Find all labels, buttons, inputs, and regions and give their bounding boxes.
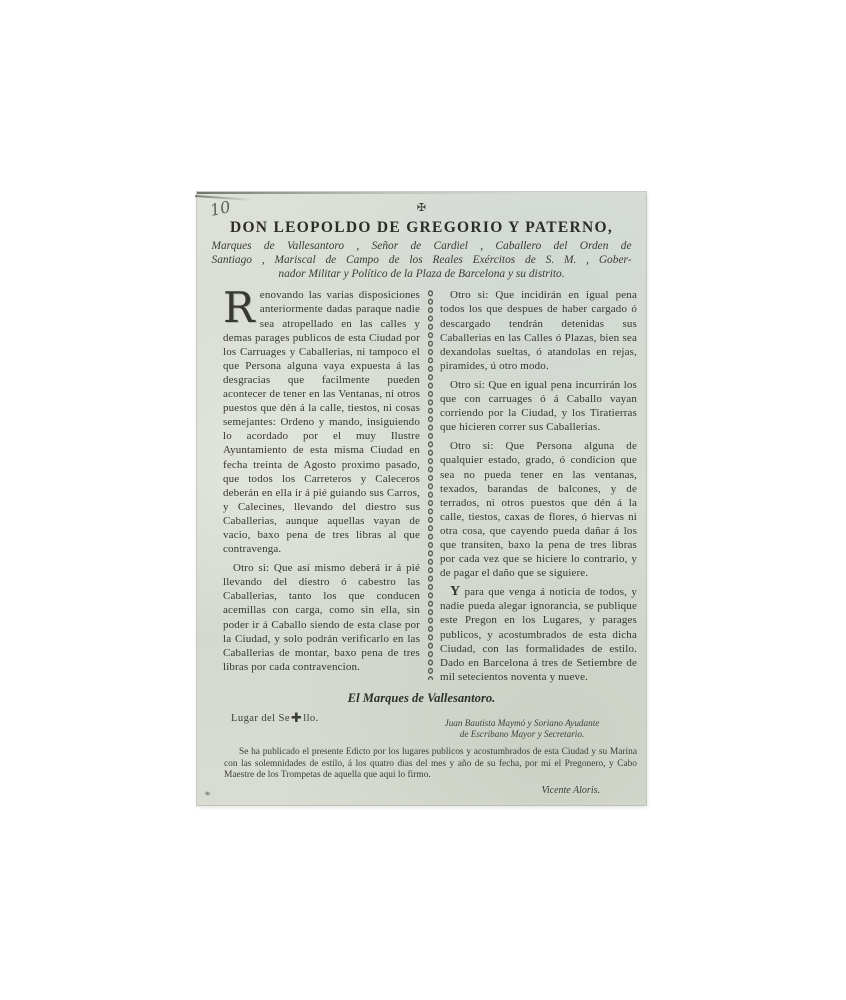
paragraph-otrosi: Otro si: Que incidirán en igual pena tod…: [440, 288, 637, 373]
left-column: Renovando las varias disposiciones anter…: [223, 288, 420, 684]
cross-ornament-icon: ✠: [417, 201, 426, 214]
seal-cross-icon: ✚: [290, 711, 303, 726]
paragraph-closing: Y para que venga á noticia de todos, y n…: [440, 585, 637, 684]
subtitle-line: nador Militar y Político de la Plaza de …: [212, 268, 632, 282]
paragraph-preamble: Renovando las varias disposiciones anter…: [223, 288, 420, 556]
seal-note-prefix: Lugar del Se: [231, 713, 290, 724]
right-column: Otro si: Que incidirán en igual pena tod…: [440, 288, 637, 684]
paragraph-otrosi: Otro si: Que Persona alguna de qualquier…: [440, 439, 637, 580]
page-title: DON LEOPOLDO DE GREGORIO Y PATERNO,: [197, 219, 646, 237]
screenshot-root: { "colors": { "background": "#ffffff", "…: [0, 0, 846, 1000]
publication-note: Se ha publicado el presente Edicto por l…: [224, 747, 637, 782]
title-subheading: Marques de Vallesantoro , Señor de Cardi…: [212, 240, 632, 281]
signature-marques: El Marques de Vallesantoro.: [197, 691, 646, 706]
paragraph-otrosi: Otro si: Que en igual pena incurrirán lo…: [440, 378, 637, 434]
seal-place-note: Lugar del Se✚llo.: [231, 711, 319, 726]
edict-body: Renovando las varias disposiciones anter…: [197, 288, 646, 684]
signature-crier: Vicente Aloris.: [197, 785, 600, 796]
seal-and-attestation-row: Lugar del Se✚llo. Juan Bautista Maymó y …: [197, 706, 646, 740]
subtitle-line: Santiago , Mariscal de Campo de los Real…: [212, 254, 632, 268]
secretary-attestation: Juan Bautista Maymó y Soriano Ayudante d…: [422, 718, 622, 740]
attestation-line: Juan Bautista Maymó y Soriano Ayudante: [422, 718, 622, 729]
seal-note-suffix: llo.: [303, 713, 318, 724]
scanned-edict-page: 10 ✠ DON LEOPOLDO DE GREGORIO Y PATERNO,…: [197, 192, 646, 805]
ink-smudge: [203, 790, 211, 797]
attestation-line: de Escribano Mayor y Secretario.: [422, 729, 622, 740]
drop-cap-initial: R: [223, 288, 260, 326]
chain-ornament-divider: [424, 289, 437, 680]
subtitle-line: Marques de Vallesantoro , Señor de Cardi…: [212, 240, 632, 254]
paragraph-otrosi: Otro si: Que así mismo deberá ir á pié l…: [223, 561, 420, 674]
